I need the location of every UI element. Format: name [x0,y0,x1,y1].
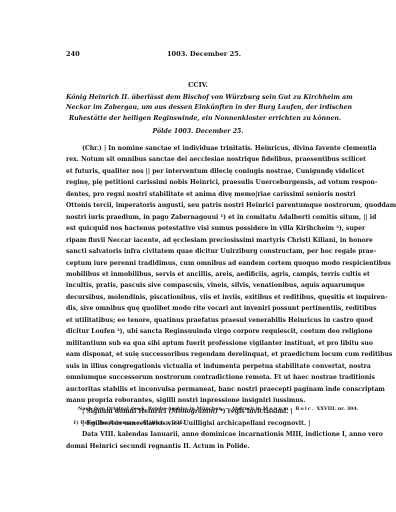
text-line: reginę, pię petitioni carissimi nobis He… [66,177,343,188]
text-line: et utilitatibus; eo tenore, quatinus pra… [66,315,343,326]
source-note: Nach dem Original des k. Reichs-Archivs … [78,406,342,412]
summary-line: König Heinrich II. überlässt dem Bischof… [66,93,344,103]
footnote: 1) Ueber den Zabergau s. Stälin I. p. 32… [73,420,184,426]
source-note-end: XXVIII. nr. 304. [315,406,359,412]
dating-line: domni Heinrici secundi regnantis II. Act… [66,441,343,452]
text-line: dentes, pro regni nostri stabilitate et … [66,189,343,200]
document-number: CCIV. [0,81,396,89]
text-line: auctoritas stabilis et inconvulsa perman… [66,384,343,395]
text-line: militantium sub ea qua sibi aptum fuerit… [66,338,343,349]
dating-line: Data VIII. kalendas Ianuarii, anno domin… [66,429,343,440]
summary-line: Neckar im Zabergau, um aus dessen Einkün… [66,103,344,113]
text-line: ceptum iure perenni tradidimus, cum omni… [66,258,343,269]
text-line: omniumque successorum nostrorum contradi… [66,372,343,383]
text-line: decursibus, molendinis, piscationibus, v… [66,292,343,303]
source-citation: Monum. Boic. [263,406,315,412]
text-line: et futuris, qualiter nos || per interven… [66,166,343,177]
text-line: (Chr.) | In nomine sanctae et individuae… [66,143,343,154]
running-head: 240 1003. December 25. [66,50,342,60]
text-line: rex. Notum sit omnibus sanctae dei aeccl… [66,154,343,165]
text-line: mobilibus et inmobilibus, servis et anci… [66,269,343,280]
text-line: ripam fluvii Neccar iacente, ad ęcclesia… [66,235,343,246]
running-title: 1003. December 25. [66,50,342,58]
document-summary: König Heinrich II. überlässt dem Bischof… [66,93,344,124]
text-line: dicitur Loufen ³), ubi sancta Reginsuuin… [66,326,343,337]
text-line: dis, sive omnibus quę quolibet modo rite… [66,303,343,314]
text-line: eam disponat, et suię successoribus rege… [66,349,343,360]
text-line: nostri iuris praedium, in pago Zabernago… [66,212,343,223]
summary-line: Ruhestätte der heiligen Reginswinde, ein… [66,114,344,124]
document-page: 240 1003. December 25. CCIV. König Heinr… [0,0,396,512]
text-line: sancti salvatoris infra civitatem quae d… [66,246,343,257]
text-line: Ottonis tercii, imperatoris augusti, seu… [66,200,343,211]
text-line: suis in illius congregationis victualia … [66,361,343,372]
place-date: Pölde 1003. December 25. [0,128,396,135]
text-line: manu propria roborantes, sigilli nostri … [66,395,343,406]
text-line: est quicquid nos hactenus potestative vi… [66,223,343,234]
source-note-text: Nach dem Original des k. Reichs-Archivs … [78,406,263,412]
text-line: incultis, pratis, pascuis sive compascui… [66,280,343,291]
